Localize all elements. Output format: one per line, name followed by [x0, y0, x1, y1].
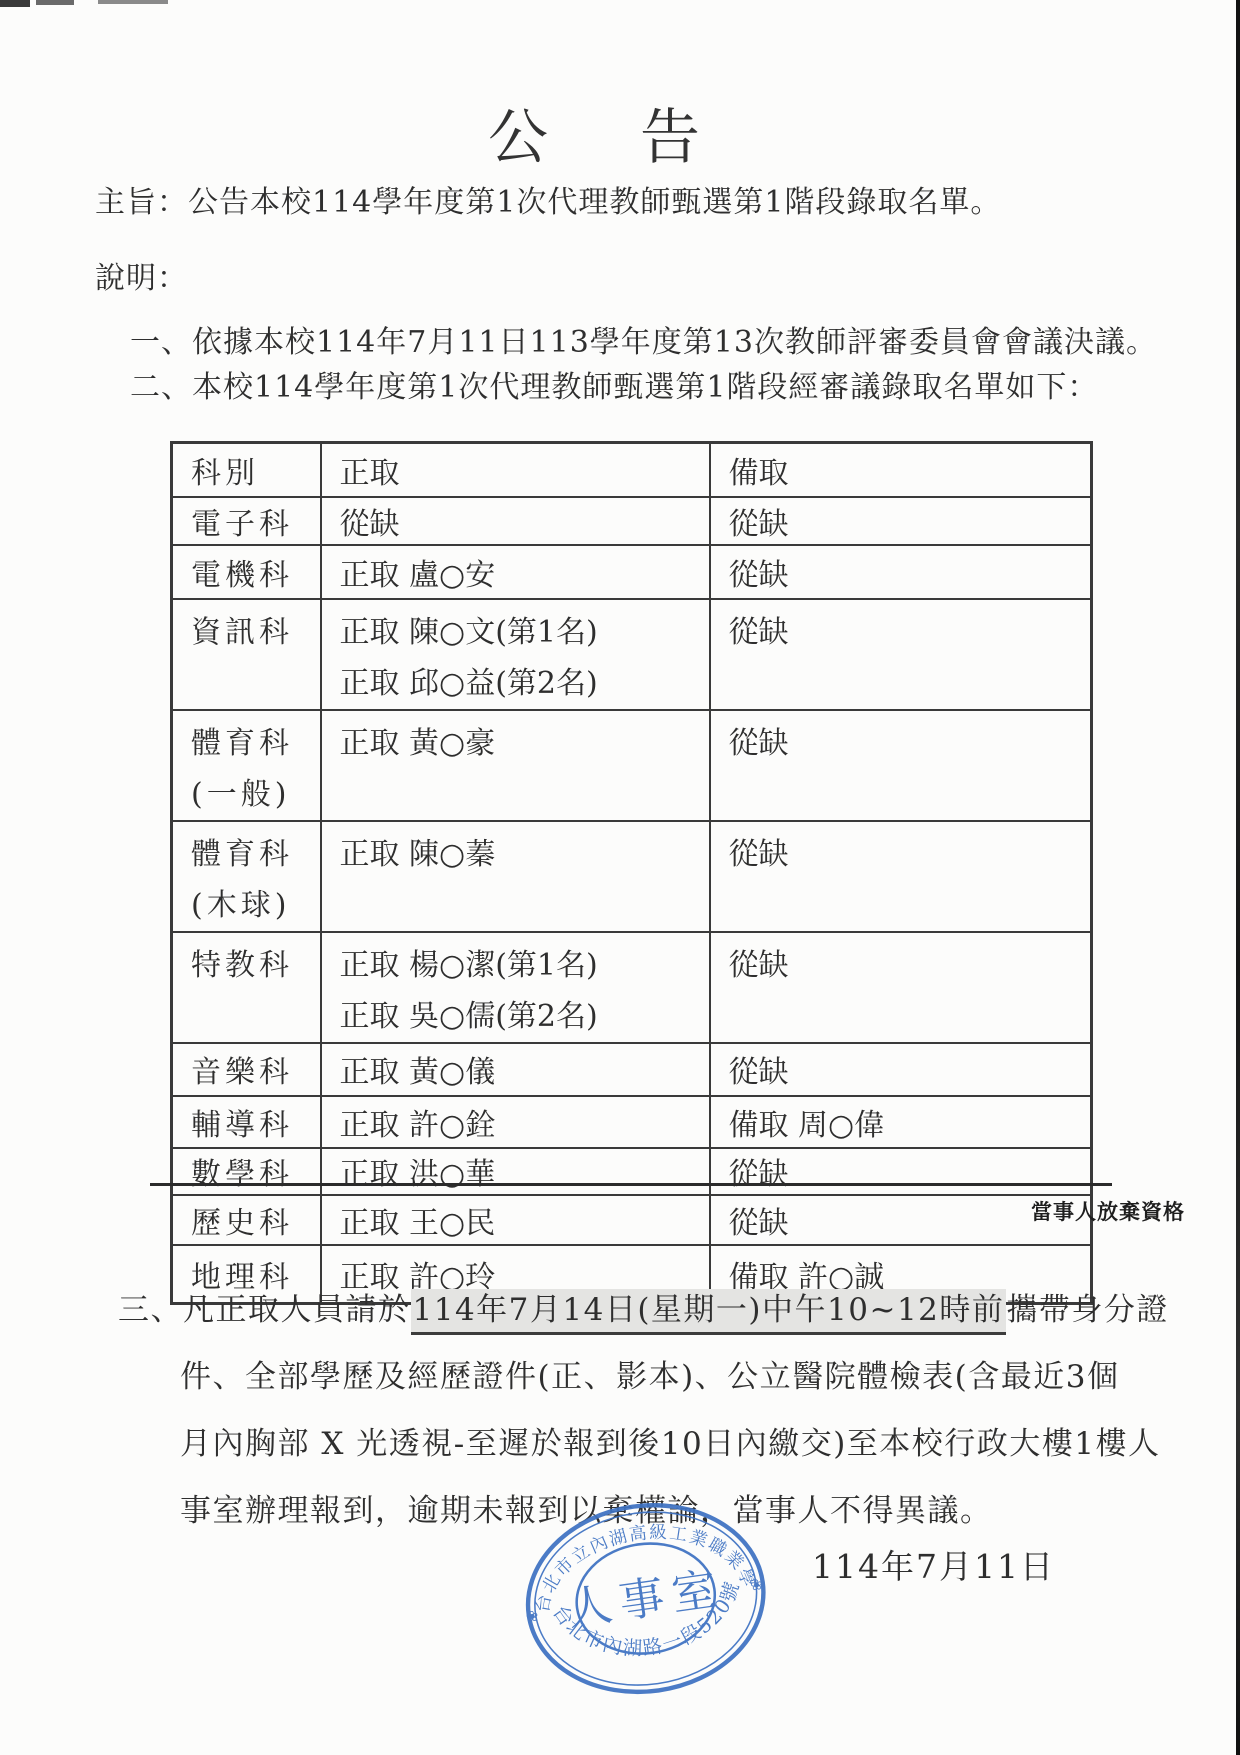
alternate-cell: 從缺: [710, 932, 1092, 1043]
item3-marker: 三、: [118, 1292, 183, 1328]
scan-smudge: [98, 0, 168, 4]
accepted-cell: 正取 王○民: [321, 1195, 710, 1245]
explanation-label: 說明：: [95, 253, 188, 297]
alternate-cell: 從缺: [710, 1148, 1092, 1195]
alternate-cell: 從缺: [710, 599, 1092, 710]
explanation-item-3-line-1: 三、凡正取人員請於114年7月14日(星期一)中午10~12時前攜帶身分證: [118, 1284, 1169, 1329]
title-char-2: 告: [640, 90, 700, 176]
flower-icon: ❀: [749, 1576, 764, 1595]
subject-line-1: 體育科: [191, 718, 320, 769]
explanation-item-1: 一、依據本校114年7月11日113學年度第13次教師評審委員會會議決議。: [130, 317, 1157, 361]
table-row: 數學科 正取 洪○華 從缺: [172, 1148, 1092, 1195]
announcement-date: 114年7月11日: [812, 1541, 1055, 1588]
table-row: 輔導科 正取 許○銓 備取 周○偉: [172, 1096, 1092, 1148]
admission-roster-table: 科別 正取 備取 電子科 從缺 從缺 電機科 正取 盧○安 從缺 資訊科 正取 …: [170, 441, 1093, 1305]
header-subject: 科別: [172, 443, 321, 497]
accepted-cell: 正取 楊○潔(第1名) 正取 吳○儒(第2名): [321, 932, 710, 1043]
subject-cell: 資訊科: [172, 599, 321, 710]
alternate-cell: 從缺: [710, 821, 1092, 932]
item3-highlighted-deadline: 114年7月14日(星期一)中午10~12時前: [411, 1289, 1007, 1335]
accepted-cell: 正取 黃○儀: [321, 1043, 710, 1096]
accepted-cell: 正取 陳○文(第1名) 正取 邱○益(第2名): [321, 599, 710, 710]
scan-smudge: [36, 0, 74, 5]
accepted-cell: 正取 陳○蓁: [321, 821, 710, 932]
explanation-item-3-line-3: 月內胸部 X 光透視-至遲於報到後10日內繳交)至本校行政大樓1樓人: [180, 1418, 1161, 1463]
accepted-cell: 正取 許○銓: [321, 1096, 710, 1148]
strikethrough-line: [150, 1183, 1112, 1186]
subject-line-1: 體育科: [191, 829, 320, 880]
accepted-cell: 從缺: [321, 497, 710, 545]
personnel-office-stamp: 台北市立內湖高級工業職業學校 台北市內湖路一段520號 人事室 ❀ ❀: [503, 1481, 789, 1720]
accepted-line-1: 正取 楊○潔(第1名): [340, 940, 709, 991]
accepted-line-1: 正取 陳○文(第1名): [340, 607, 709, 658]
header-alternate: 備取: [710, 443, 1092, 497]
subject-cell: 輔導科: [172, 1096, 321, 1148]
alternate-cell: 從缺: [710, 497, 1092, 545]
accepted-cell: 正取 黃○豪: [321, 710, 710, 821]
subject-line-2: (一般): [191, 769, 320, 820]
subject-line: 主旨：公告本校114學年度第1次代理教師甄選第1階段錄取名單。: [95, 177, 1001, 221]
alternate-cell: 從缺: [710, 545, 1092, 599]
title-char-1: 公: [488, 90, 548, 176]
subject-cell: 電子科: [172, 497, 321, 545]
flower-icon: ❀: [525, 1608, 540, 1627]
explanation-item-2: 二、本校114學年度第1次代理教師甄選第1階段經審議錄取名單如下：: [130, 362, 1098, 406]
subject-cell: 體育科 (一般): [172, 710, 321, 821]
accepted-line-2: 正取 吳○儒(第2名): [340, 991, 709, 1042]
subject-cell: 電機科: [172, 545, 321, 599]
table-row: 特教科 正取 楊○潔(第1名) 正取 吳○儒(第2名) 從缺: [172, 932, 1092, 1043]
accepted-cell: 正取 洪○華: [321, 1148, 710, 1195]
announcement-document: 公 告 主旨：公告本校114學年度第1次代理教師甄選第1階段錄取名單。 說明： …: [0, 0, 1240, 1755]
header-accepted: 正取: [321, 443, 710, 497]
document-title: 公 告: [488, 90, 700, 176]
table-row: 體育科 (木球) 正取 陳○蓁 從缺: [172, 821, 1092, 932]
subject-cell: 音樂科: [172, 1043, 321, 1096]
alternate-cell: 備取 周○偉: [710, 1096, 1092, 1148]
alternate-cell: 從缺: [710, 710, 1092, 821]
table-row: 電機科 正取 盧○安 從缺: [172, 545, 1092, 599]
scan-smudge: [0, 0, 30, 7]
strike-annotation: 當事人放棄資格: [1031, 1196, 1185, 1226]
accepted-line-2: 正取 邱○益(第2名): [340, 658, 709, 709]
accepted-cell: 正取 盧○安: [321, 545, 710, 599]
scan-edge-artifact: [1236, 0, 1240, 1755]
table-row: 電子科 從缺 從缺: [172, 497, 1092, 545]
subject-cell: 特教科: [172, 932, 321, 1043]
subject-cell: 歷史科: [172, 1195, 321, 1245]
explanation-item-3-line-2: 件、全部學歷及經歷證件(正、影本)、公立醫院體檢表(含最近3個: [180, 1351, 1120, 1396]
table-header-row: 科別 正取 備取: [172, 443, 1092, 497]
table-row: 音樂科 正取 黃○儀 從缺: [172, 1043, 1092, 1096]
alternate-cell: 從缺: [710, 1043, 1092, 1096]
table-row: 體育科 (一般) 正取 黃○豪 從缺: [172, 710, 1092, 821]
item3-post: 攜帶身分證: [1006, 1292, 1169, 1328]
subject-line-2: (木球): [191, 880, 320, 931]
item3-pre: 凡正取人員請於: [183, 1292, 411, 1328]
table-row: 資訊科 正取 陳○文(第1名) 正取 邱○益(第2名) 從缺: [172, 599, 1092, 710]
subject-cell: 體育科 (木球): [172, 821, 321, 932]
subject-cell: 數學科: [172, 1148, 321, 1195]
table-row-history-struck: 歷史科 正取 王○民 從缺: [172, 1195, 1092, 1245]
